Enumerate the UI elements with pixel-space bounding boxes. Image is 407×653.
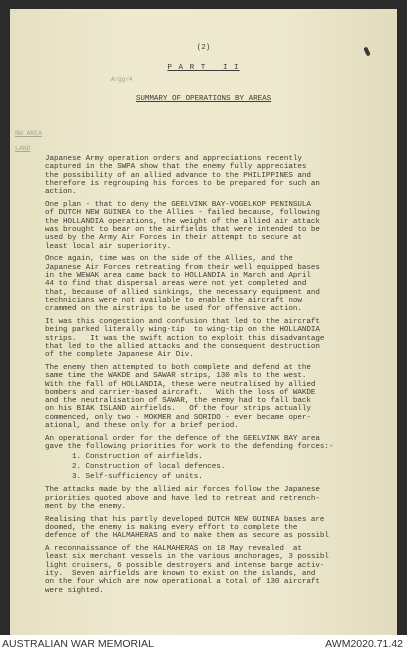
paragraph-line: Japanese Army operation orders and appre… (45, 155, 302, 163)
paragraph-line: same time the WAKDE and SAWAR strips, 13… (45, 372, 306, 380)
page-number: (2) (10, 44, 397, 52)
side-heading-area: NW AREA (15, 130, 42, 138)
priority-item: 2. Construction of local defences. (72, 463, 225, 471)
part-title: P A R T I I (10, 64, 397, 72)
paragraph-line: Realising that his partly developed DUTC… (45, 516, 324, 524)
paragraph-line: doomed, the enemy is making every effort… (45, 524, 297, 532)
paragraph-line: that led to the allied attacks and the c… (45, 343, 320, 351)
institution-label: AUSTRALIAN WAR MEMORIAL (2, 638, 154, 650)
paragraph-line: therefore is regrouping his forces to be… (45, 180, 320, 188)
paragraph-line: were sighted. (45, 587, 104, 595)
paragraph-line: being parked literally wing-tip to wing-… (45, 326, 320, 334)
paragraph-line: the HOLLANDIA operations, the weight of … (45, 218, 320, 226)
paragraph-line: gave the following priorities for work t… (45, 443, 333, 451)
document-page: (2) P A R T I I A/gg/4 SUMMARY OF OPERAT… (10, 9, 397, 635)
paragraph-line: Once again, time was on the side of the … (45, 255, 293, 263)
paragraph-line: The enemy then attempted to both complet… (45, 364, 311, 372)
paragraph-line: on the four which are now operational a … (45, 578, 320, 586)
paragraph-line: the possibility of an allied advance to … (45, 172, 311, 180)
paragraph-line: light cruisers, 6 possible destroyers an… (45, 562, 324, 570)
paragraph-line: that, because of allied sinkings, the ne… (45, 289, 320, 297)
paragraph-line: used by the Army Air Forces in their att… (45, 234, 302, 242)
paragraph-line: priorities quoted above and have led to … (45, 495, 320, 503)
paragraph-line: of the complete Japanese Air Div. (45, 351, 194, 359)
paragraph-line: commenced, only two - MOKMER and SORIDO … (45, 414, 311, 422)
pencil-note: A/gg/4 (111, 76, 132, 84)
paragraph-line: on his BIAK ISLAND airfields. Of the fou… (45, 405, 311, 413)
paragraph-line: in the WEWAK area came back to HOLLANDIA… (45, 272, 311, 280)
paragraph-line: was brought to bear on the airfields tha… (45, 226, 320, 234)
paragraph-line: ational, and these only for a brief peri… (45, 422, 239, 430)
paragraph-line: One plan - that to deny the GEELVINK BAY… (45, 201, 311, 209)
footer: AUSTRALIAN WAR MEMORIAL AWM2020.71.42 (0, 635, 407, 653)
section-title: SUMMARY OF OPERATIONS BY AREAS (10, 95, 397, 103)
paragraph-line: Japanese Air Forces retreating from thei… (45, 264, 320, 272)
reference-number: AWM2020.71.42 (325, 638, 403, 650)
paragraph-line: and the neutralisation of SAWAR, the ene… (45, 397, 311, 405)
paragraph-line: ment by the enemy. (45, 503, 126, 511)
paragraph-line: With the fall of HOLLANDIA, these were n… (45, 381, 315, 389)
paragraph-line: 44 to find that dispersal areas were not… (45, 280, 306, 288)
paragraph-line: ity. Seven airfields are known to exist … (45, 570, 315, 578)
paragraph-line: crammed on the airstrips to be used for … (45, 305, 302, 313)
paragraph-line: A reconnaissance of the HALMAHERAS on 18… (45, 545, 302, 553)
paragraph-line: defence of the HALMAHERAS and to make th… (45, 532, 329, 540)
paragraph-line: bombers and carrier-based aircraft. With… (45, 389, 315, 397)
paragraph-line: technicians were not available to enable… (45, 297, 302, 305)
paragraph-line: action. (45, 188, 77, 196)
paragraph-line: captured in the SWPA show that the enemy… (45, 163, 306, 171)
paragraph-line: An operational order for the defence of … (45, 435, 320, 443)
paragraph-line: The attacks made by the allied air force… (45, 486, 320, 494)
side-heading-land: LAND (15, 145, 30, 153)
priority-item: 3. Self-sufficiency of units. (72, 473, 203, 481)
paragraph-line: of DUTCH NEW GUINEA to the Allies - fail… (45, 209, 320, 217)
paragraph-line: It was this congestion and confusion tha… (45, 318, 320, 326)
paragraph-line: least local air superiority. (45, 243, 171, 251)
paragraph-line: least six merchant vessels in the variou… (45, 553, 329, 561)
priority-item: 1. Construction of airfields. (72, 453, 203, 461)
paragraph-line: strips. It was the swift action to explo… (45, 335, 324, 343)
